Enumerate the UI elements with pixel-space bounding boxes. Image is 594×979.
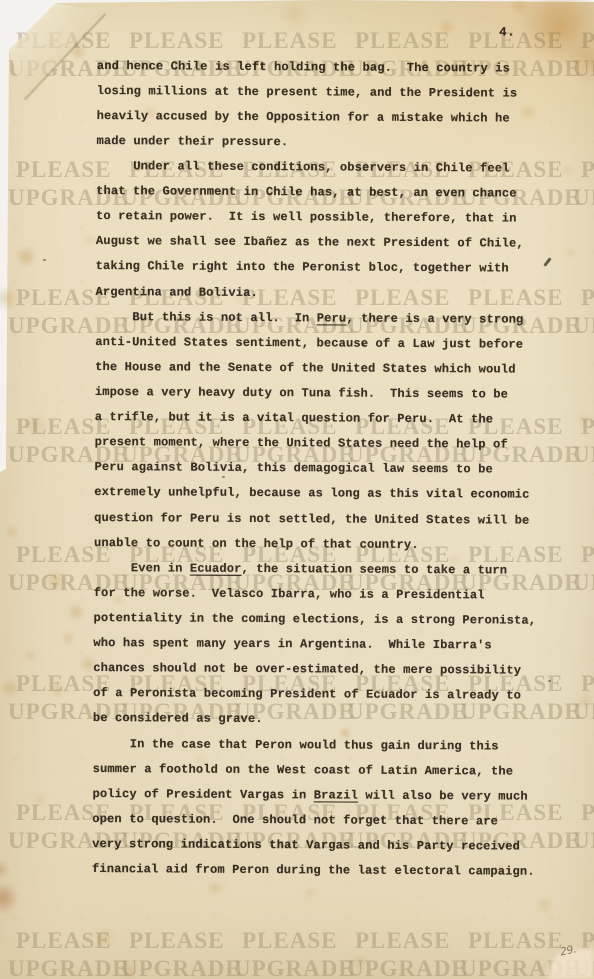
text-line: heavily accused by the Opposition for a … bbox=[97, 103, 557, 131]
text-line: potentiality in the coming elections, is… bbox=[93, 605, 553, 633]
text-line: anti-United States sentiment, because of… bbox=[95, 329, 555, 357]
text-line: that the Government in Chile has, at bes… bbox=[96, 179, 556, 207]
text-line: Argentina and Bolivia. bbox=[95, 279, 555, 307]
text-line: Even in Ecuador, the situation seems to … bbox=[94, 555, 554, 583]
underlined-country: Ecuador bbox=[190, 561, 242, 575]
paragraph: and hence Chile is left holding the bag.… bbox=[96, 53, 557, 156]
text-line: losing millions at the present time, and… bbox=[97, 78, 557, 106]
underlined-country: Peru bbox=[317, 311, 347, 325]
text-line: made under their pressure. bbox=[96, 128, 556, 156]
text-line: present moment, where the United States … bbox=[95, 430, 555, 458]
paragraph: Under all these conditions, observers in… bbox=[95, 153, 556, 306]
text-line: question for Peru is not settled, the Un… bbox=[94, 505, 554, 533]
text-line: impose a very heavy duty on Tuna fish. T… bbox=[95, 379, 555, 407]
text-line: open to question. One should not forget … bbox=[92, 806, 552, 834]
text-line: the House and the Senate of the United S… bbox=[95, 354, 555, 382]
text-line: August we shall see Ibañez as the next P… bbox=[96, 229, 556, 257]
page-number: 4. bbox=[499, 25, 515, 39]
text-line: policy of President Vargas in Brazil wil… bbox=[92, 781, 552, 809]
text-line: taking Chile right into the Peronist blo… bbox=[96, 254, 556, 282]
document-body: and hence Chile is left holding the bag.… bbox=[92, 53, 557, 884]
text-line: very strong indications that Vargas and … bbox=[92, 831, 552, 859]
paragraph: Even in Ecuador, the situation seems to … bbox=[93, 555, 554, 734]
text-line: of a Peronista becoming President of Ecu… bbox=[93, 681, 553, 709]
text-line: financial aid from Peron during the last… bbox=[92, 856, 552, 884]
text-line: Under all these conditions, observers in… bbox=[96, 153, 556, 181]
text-line: summer a foothold on the West coast of L… bbox=[93, 756, 553, 784]
text-line: a trifle, but it is a vital question for… bbox=[95, 405, 555, 433]
text-line: Peru against Bolivia, this demagogical l… bbox=[94, 455, 554, 483]
paragraph: But this is not all. In Peru, there is a… bbox=[94, 304, 556, 558]
scanned-document-page: PLEASEPLEASEPLEASEPLEASEPLEASEPLEASEUPGR… bbox=[0, 0, 594, 979]
text-line: for the worse. Velasco Ibarra, who is a … bbox=[94, 580, 554, 608]
text-line: who has spent many years in Argentina. W… bbox=[93, 631, 553, 659]
text-line: extremely unhelpful, because as long as … bbox=[94, 480, 554, 508]
text-line: chances should not be over-estimated, th… bbox=[93, 656, 553, 684]
text-line: be considered as grave. bbox=[93, 706, 553, 734]
underlined-country: Brazil bbox=[314, 788, 358, 802]
text-line: In the case that Peron would thus gain d… bbox=[93, 731, 553, 759]
text-line: and hence Chile is left holding the bag.… bbox=[97, 53, 557, 81]
text-line: to retain power. It is well possible, th… bbox=[96, 204, 556, 232]
text-line: But this is not all. In Peru, there is a… bbox=[95, 304, 555, 332]
typed-text-layer: 4. and hence Chile is left holding the b… bbox=[0, 0, 594, 979]
paragraph: In the case that Peron would thus gain d… bbox=[92, 731, 553, 884]
text-line: unable to count on the help of that coun… bbox=[94, 530, 554, 558]
